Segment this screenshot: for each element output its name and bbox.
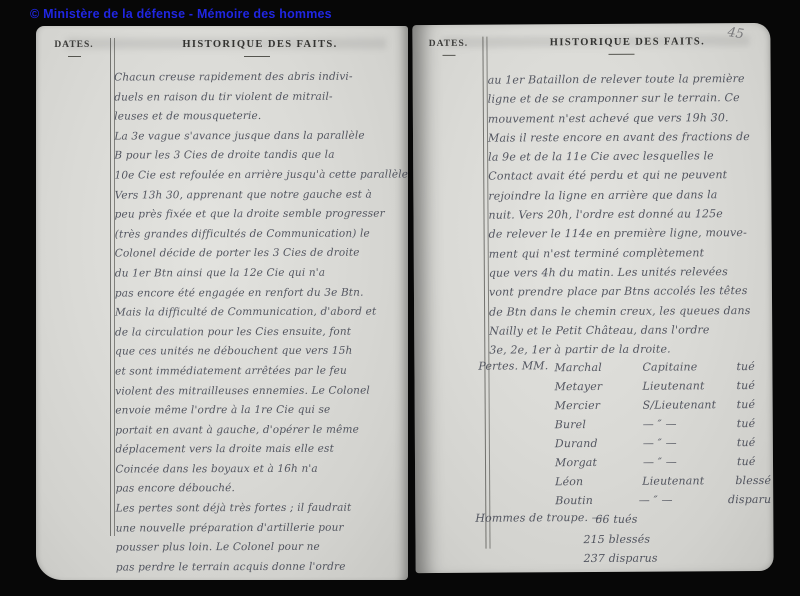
handwritten-line: au 1er Bataillon de relever toute la pre… (488, 69, 769, 90)
officer-row-rank: Lieutenant (642, 376, 736, 396)
handwritten-line: que vers 4h du matin. Les unités relevée… (489, 262, 770, 283)
handwritten-line: pousser plus loin. Le Colonel pour ne (116, 538, 405, 559)
handwritten-line: B pour les 3 Cies de droite tandis que l… (114, 146, 403, 167)
officer-row-status: tué (736, 376, 770, 395)
handwritten-line: pas encore débouché. (116, 479, 405, 500)
officer-casualty-rows: MarchalCapitainetuéMetayerLieutenanttuéM… (554, 357, 771, 510)
handwritten-line: pas perdre le terrain acquis donne l'ord… (116, 557, 405, 578)
handwritten-line: Colonel décide de porter les 3 Cies de d… (115, 244, 404, 265)
handwritten-line: et sont immédiatement arrêtées par le fe… (115, 361, 404, 382)
casualty-count: 215 blessés (583, 529, 657, 549)
handwritten-line: une nouvelle préparation d'artillerie po… (116, 518, 405, 539)
handwritten-line: Contact avait été perdu et qui ne peuven… (488, 165, 769, 186)
handwritten-line: Chacun creuse rapidement des abris indiv… (114, 67, 403, 88)
officer-row: MetayerLieutenanttué (554, 376, 770, 396)
casualty-list-label: Pertes. MM. (478, 359, 548, 372)
handwritten-line: portait en avant à gauche, d'opérer le m… (115, 420, 404, 441)
handwritten-line: mouvement n'est achevé que vers 19h 30. (488, 108, 769, 129)
officer-row-status: blessé (735, 471, 771, 490)
handwritten-line: leuses et de mousqueterie. (114, 107, 403, 128)
handwritten-line: pas encore été engagée en renfort du 3e … (115, 283, 404, 304)
officer-row-rank: Capitaine (642, 357, 736, 377)
officer-row-name: Marchal (554, 358, 642, 378)
officer-row-rank: — ″ — (643, 414, 737, 434)
copyright-watermark: © Ministère de la défense - Mémoire des … (30, 7, 332, 21)
dates-column-header: DATES. (36, 40, 112, 50)
page-title: HISTORIQUE DES FAITS. (112, 39, 408, 50)
handwritten-line: duels en raison du tir violent de mitrai… (114, 87, 403, 108)
officer-row-name: Mercier (555, 396, 643, 416)
officer-row-rank: Lieutenant (642, 471, 735, 491)
officer-row-status: disparu (728, 490, 771, 509)
header-rule (68, 56, 81, 57)
document-viewer: © Ministère de la défense - Mémoire des … (0, 0, 800, 596)
handwritten-line: Mais la difficulté de Communication, d'a… (115, 303, 404, 324)
handwritten-line: Mais il reste encore en avant des fracti… (488, 127, 769, 148)
officer-row-rank: — ″ — (643, 452, 737, 472)
casualty-count: 66 tués (595, 510, 657, 530)
officer-row-status: tué (737, 414, 771, 433)
handwritten-line: de Btn dans le chemin creux, les queues … (489, 300, 770, 321)
handwritten-line: la 9e et de la 11e Cie avec lesquelles l… (488, 146, 769, 167)
officer-row-name: Morgat (555, 453, 643, 473)
officer-row-status: tué (736, 357, 770, 376)
header-rule (443, 55, 456, 56)
handwritten-line: déplacement vers la droite mais elle est (115, 440, 404, 461)
page-title: HISTORIQUE DES FAITS. (484, 36, 770, 49)
handwritten-line: Coincée dans les boyaux et à 16h n'a (115, 459, 404, 480)
officer-row-name: Boutin (555, 491, 639, 511)
officer-row: LéonLieutenantblessé (555, 471, 771, 491)
officer-row-status: tué (737, 452, 771, 471)
casualty-count: 237 disparus (584, 549, 658, 569)
handwritten-line: La 3e vague s'avance jusque dans la para… (114, 126, 403, 147)
handwritten-entry-left: Chacun creuse rapidement des abris indiv… (114, 67, 405, 577)
handwritten-line: de relever le 114e en première ligne, mo… (489, 223, 770, 244)
handwritten-line: Vers 13h 30, apprenant que notre gauche … (115, 185, 404, 206)
officer-row: MercierS/Lieutenanttué (555, 395, 771, 415)
handwritten-line: Nailly et le Petit Château, dans l'ordre (489, 320, 770, 341)
handwritten-line: Les pertes sont déjà très fortes ; il fa… (116, 499, 405, 520)
officer-row: Morgat— ″ —tué (555, 452, 771, 472)
handwritten-line: peu près fixée et que la droite semble p… (115, 205, 404, 226)
officer-row: MarchalCapitainetué (554, 357, 770, 377)
header-rule (244, 56, 270, 57)
officer-row-name: Durand (555, 434, 643, 454)
officer-row-rank: S/Lieutenant (643, 395, 737, 415)
handwritten-line: (très grandes difficultés de Communicati… (115, 224, 404, 245)
officer-row-name: Léon (555, 472, 642, 492)
handwritten-line: de la circulation pour les Cies ensuite,… (115, 322, 404, 343)
right-page-scan: 45 DATES. HISTORIQUE DES FAITS. au 1er B… (412, 23, 773, 573)
left-page-scan: DATES. HISTORIQUE DES FAITS. Chacun creu… (36, 26, 408, 580)
officer-row: Burel— ″ —tué (555, 414, 771, 434)
handwritten-line: vont prendre place par Btns accolés les … (489, 281, 770, 302)
handwritten-entry-right: au 1er Bataillon de relever toute la pre… (488, 69, 771, 360)
handwritten-line: ment qui n'est terminé complètement (489, 243, 770, 264)
officer-row: Durand— ″ —tué (555, 433, 771, 453)
officer-row-status: tué (737, 433, 771, 452)
officer-row-name: Metayer (554, 377, 642, 397)
officer-row-status: tué (737, 395, 771, 414)
handwritten-line: 10e Cie est refoulée en arrière jusqu'à … (114, 165, 403, 186)
handwritten-line: ligne et de se cramponner sur le terrain… (488, 88, 769, 109)
handwritten-line: nuit. Vers 20h, l'ordre est donné au 125… (488, 204, 769, 225)
header-rule (609, 54, 635, 55)
troop-casualty-counts: 66 tués215 blessés237 disparus (583, 510, 657, 569)
officer-row-name: Burel (555, 415, 643, 435)
handwritten-line: envoie même l'ordre à la 1re Cie qui se (115, 401, 404, 422)
officer-row: Boutin— ″ —disparu (555, 490, 771, 510)
casualty-list: Pertes. MM. MarchalCapitainetuéMetayerLi… (414, 357, 772, 359)
handwritten-line: du 1er Btn ainsi que la 12e Cie qui n'a (115, 263, 404, 284)
dates-column-header: DATES. (412, 39, 484, 49)
officer-row-rank: — ″ — (639, 490, 728, 510)
officer-row-rank: — ″ — (643, 433, 737, 453)
handwritten-line: que ces unités ne débouchent que vers 15… (115, 342, 404, 363)
handwritten-line: violent des mitrailleuses ennemies. Le C… (115, 381, 404, 402)
handwritten-line: rejoindre la ligne en arrière que dans l… (488, 185, 769, 206)
